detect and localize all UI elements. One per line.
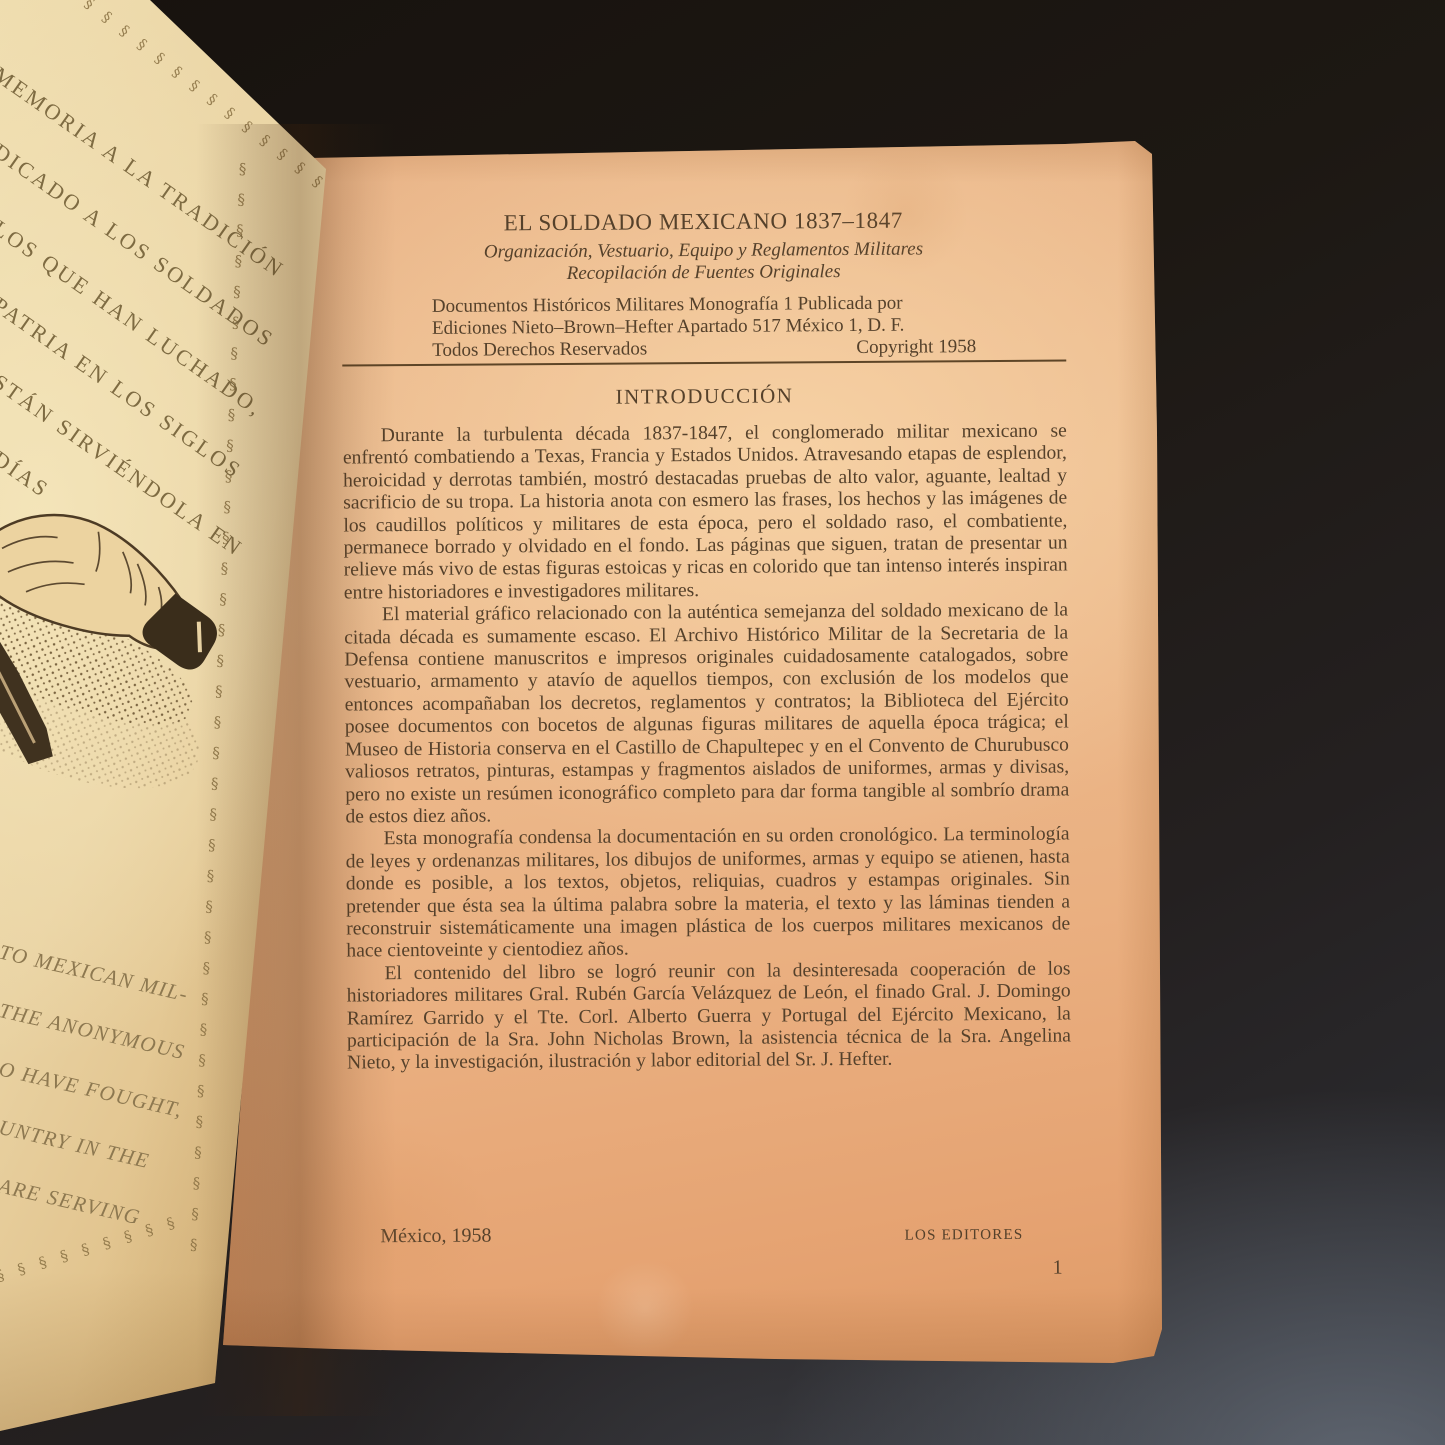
place-and-year: México, 1958 [380,1225,491,1249]
imprint-line3: Todos Derechos Reservados Copyright 1958 [432,336,976,362]
book-title: EL SOLDADO MEXICANO 1837–1847 [341,206,1065,237]
page-number: 1 [1053,1257,1063,1280]
book-subtitle-line2: Recopilación de Fuentes Originales [342,259,1066,286]
right-page: EL SOLDADO MEXICANO 1837–1847 Organizaci… [215,133,1165,1375]
copyright-notice: Copyright 1958 [856,336,976,359]
section-heading: INTRODUCCIÓN [342,381,1066,411]
paragraph-1: Durante la turbulenta década 1837-1847, … [343,420,1068,604]
right-page-content: EL SOLDADO MEXICANO 1837–1847 Organizaci… [341,130,1074,1377]
paragraph-2: El material gráfico relacionado con la a… [344,600,1070,829]
paragraph-4: El contenido del libro se logró reunir c… [346,958,1071,1075]
dedication-english: TO MEXICAN MIL- THE ANONYMOUS O HAVE FOU… [0,924,215,1250]
imprint-block: Documentos Históricos Militares Monograf… [432,292,976,361]
paragraph-3: Esta monografía condensa la documentació… [346,824,1071,963]
introduction-text: Durante la turbulenta década 1837-1847, … [343,420,1072,1075]
editors-signature: LOS EDITORES [905,1227,1024,1245]
rights-statement: Todos Derechos Reservados [432,338,647,361]
